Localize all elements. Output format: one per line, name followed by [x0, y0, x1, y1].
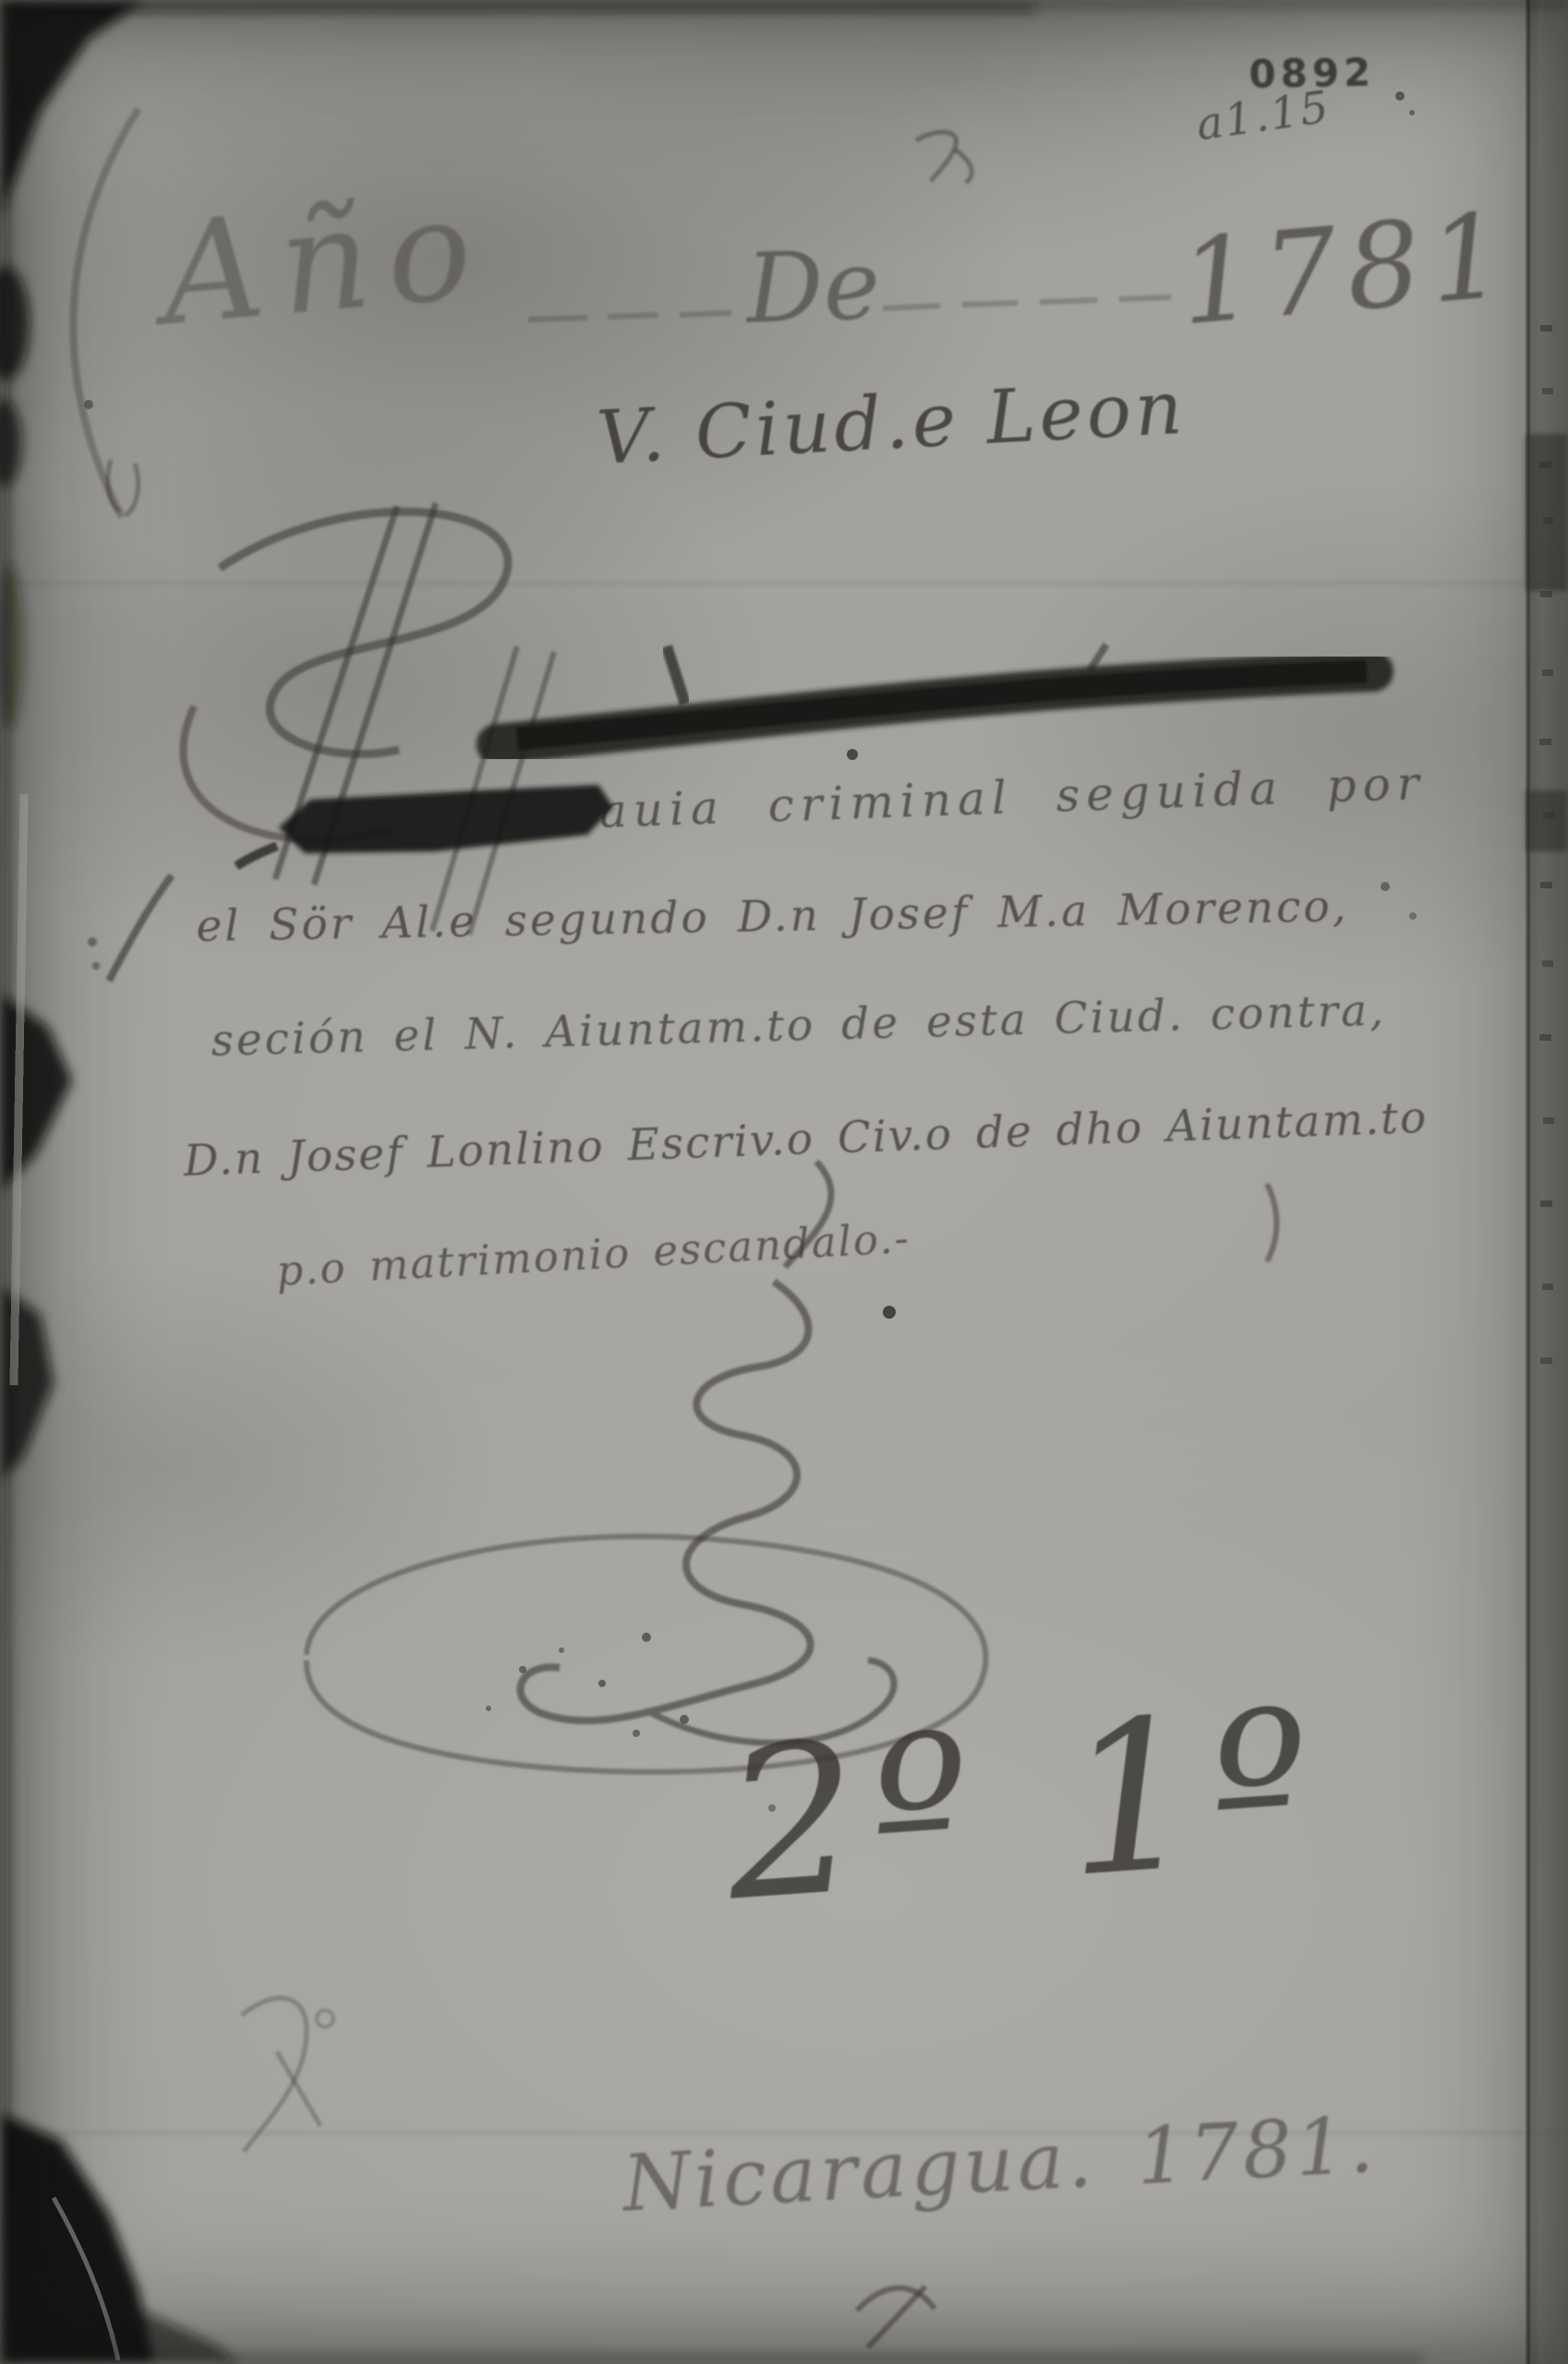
- margin-slash: [88, 875, 172, 981]
- body-line-3: seción el N. Aiuntam.to de esta Ciud. co…: [211, 985, 1387, 1067]
- torn-edge-left-mid: [0, 993, 72, 1193]
- body-line-2: el Sör Al.e segundo D.n Josef M.a Morenc…: [196, 881, 1349, 952]
- torn-edge-bottom-left: [0, 2113, 153, 2364]
- torn-edge-top-right: [1034, 0, 1568, 7]
- manuscript-page: 0892 a1.15 Año De 1781 V. Ciud.e Leon au…: [0, 0, 1568, 2364]
- ink-specks: [84, 91, 1417, 1812]
- adjacent-page-edge: [1526, 0, 1568, 2364]
- torn-edge-highlight-curve: [54, 2198, 118, 2360]
- torn-edge-left-blotch-3: [0, 563, 24, 730]
- body-line-4: D.n Josef Lonlino Escriv.o Civ.o de dho …: [183, 1092, 1429, 1187]
- torn-edge-left-blotch-1: [0, 266, 30, 380]
- torn-edge-bottom: [222, 2355, 1422, 2364]
- torn-edge-top: [0, 0, 1034, 12]
- ink-smear: [236, 645, 1373, 866]
- paper-crease-upper: [0, 582, 1568, 585]
- torn-edge-left-blotch-2: [0, 399, 22, 488]
- torn-edge-highlight: [9, 794, 28, 1385]
- footer-line: Nicaragua. 1781.: [621, 2099, 1380, 2229]
- torn-edge-left-strip: [0, 166, 9, 2198]
- torn-edge-bottom-lump: [139, 2309, 238, 2364]
- adjacent-page-shadow-mid: [1526, 790, 1568, 851]
- place-line: V. Ciud.e Leon: [595, 365, 1188, 481]
- torn-edge-left-lower: [0, 1285, 54, 1481]
- catalog-mark: a1.15: [1193, 81, 1333, 151]
- header-word-ano: Año: [155, 165, 494, 356]
- torn-edge-top-left: [0, 0, 146, 220]
- adjacent-page-shadow-upper: [1526, 434, 1568, 591]
- body-line-5: p.o matrimonio escandalo.-: [275, 1213, 911, 1296]
- header-word-de: De: [744, 228, 882, 345]
- body-line-1: auia criminal seguida por: [598, 756, 1427, 838]
- folio-mark: 2º 1º: [718, 1672, 1333, 1942]
- header-year: 1781: [1175, 187, 1518, 352]
